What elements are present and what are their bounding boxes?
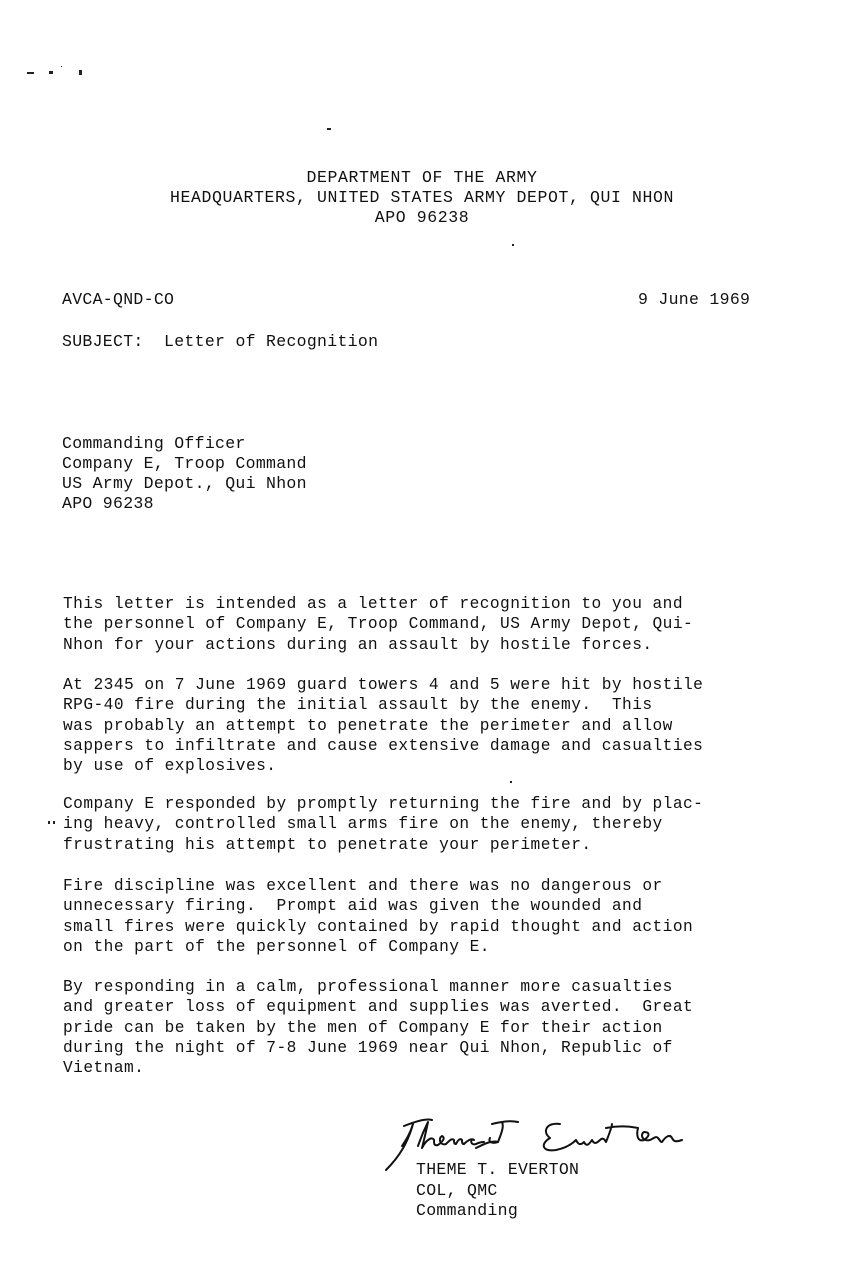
scan-speck: [49, 71, 53, 74]
paragraph-line: Vietnam.: [63, 1058, 693, 1078]
addressee-line: US Army Depot., Qui Nhon: [62, 474, 307, 494]
paragraph-line: was probably an attempt to penetrate the…: [63, 716, 703, 736]
paragraph-line: sappers to infiltrate and cause extensiv…: [63, 736, 703, 756]
subject-label: SUBJECT:: [62, 332, 144, 351]
paragraph-line: unnecessary firing. Prompt aid was given…: [63, 896, 693, 916]
addressee-line: Company E, Troop Command: [62, 454, 307, 474]
paragraph-line: Company E responded by promptly returnin…: [63, 794, 703, 814]
paragraph-line: Fire discipline was excellent and there …: [63, 876, 693, 896]
office-symbol: AVCA-QND-CO: [62, 290, 174, 310]
letterhead-department: DEPARTMENT OF THE ARMY: [0, 168, 844, 188]
paragraph-line: ing heavy, controlled small arms fire on…: [63, 814, 703, 834]
subject-line: SUBJECT: Letter of Recognition: [62, 332, 378, 352]
paragraph-line: by use of explosives.: [63, 756, 703, 776]
scan-speck: [61, 66, 62, 67]
body-paragraph-1: This letter is intended as a letter of r…: [63, 594, 693, 655]
paragraph-line: frustrating his attempt to penetrate you…: [63, 835, 703, 855]
paragraph-line: This letter is intended as a letter of r…: [63, 594, 693, 614]
letterhead-headquarters: HEADQUARTERS, UNITED STATES ARMY DEPOT, …: [0, 188, 844, 208]
paragraph-line: pride can be taken by the men of Company…: [63, 1018, 693, 1038]
scan-speck: [48, 821, 50, 824]
body-paragraph-3: Company E responded by promptly returnin…: [63, 794, 703, 855]
paragraph-line: RPG-40 fire during the initial assault b…: [63, 695, 703, 715]
paragraph-line: the personnel of Company E, Troop Comman…: [63, 614, 693, 634]
paragraph-line: At 2345 on 7 June 1969 guard towers 4 an…: [63, 675, 703, 695]
paragraph-line: small fires were quickly contained by ra…: [63, 917, 693, 937]
scan-speck: [79, 70, 82, 75]
signer-name: THEME T. EVERTON: [416, 1160, 579, 1180]
letterhead-apo: APO 96238: [0, 208, 844, 228]
body-paragraph-4: Fire discipline was excellent and there …: [63, 876, 693, 957]
paragraph-line: By responding in a calm, professional ma…: [63, 977, 693, 997]
addressee-line: Commanding Officer: [62, 434, 246, 454]
paragraph-line: on the part of the personnel of Company …: [63, 937, 693, 957]
scan-speck: [512, 244, 514, 246]
body-paragraph-2: At 2345 on 7 June 1969 guard towers 4 an…: [63, 675, 703, 776]
subject-text: Letter of Recognition: [164, 332, 378, 351]
body-paragraph-5: By responding in a calm, professional ma…: [63, 977, 693, 1078]
signer-title: Commanding: [416, 1201, 518, 1221]
scan-speck: [327, 128, 331, 130]
paragraph-line: during the night of 7-8 June 1969 near Q…: [63, 1038, 693, 1058]
scan-speck: [510, 781, 512, 783]
signer-rank: COL, QMC: [416, 1181, 498, 1201]
scan-speck: [27, 72, 34, 74]
paragraph-line: Nhon for your actions during an assault …: [63, 635, 693, 655]
letter-date: 9 June 1969: [638, 290, 750, 310]
scan-speck: [53, 821, 55, 824]
addressee-line: APO 96238: [62, 494, 154, 514]
paragraph-line: and greater loss of equipment and suppli…: [63, 997, 693, 1017]
